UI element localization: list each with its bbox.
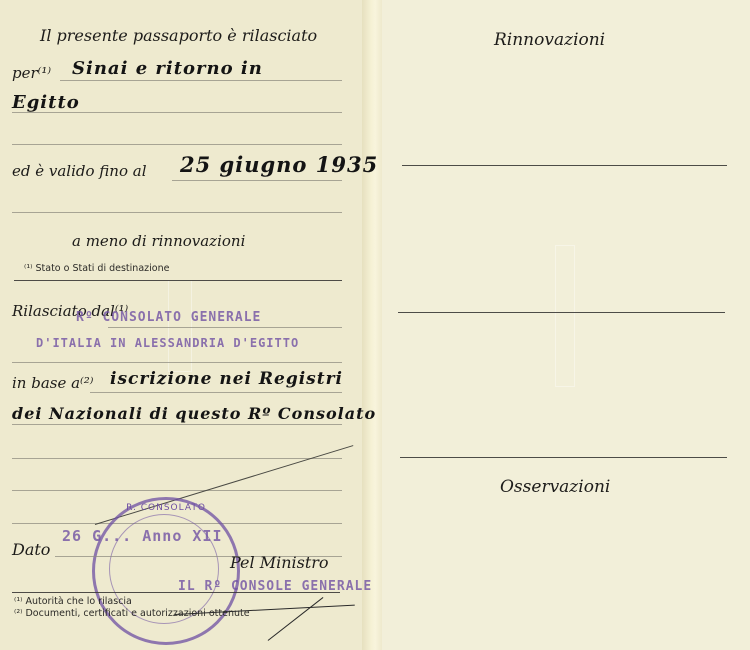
emboss-fasces-left — [168, 280, 192, 372]
observations-heading: Osservazioni — [500, 477, 610, 497]
renewal-note: a meno di rinnovazioni — [72, 232, 245, 250]
rule-renewal-2 — [398, 312, 725, 313]
basis-value-line2: dei Nazionali di questo Rº Consolato — [12, 404, 376, 423]
rule-basis-2 — [12, 424, 342, 425]
passport-heading: Il presente passaporto è rilasciato — [40, 26, 317, 45]
basis-value-line1: iscrizione nei Registri — [110, 369, 343, 389]
emboss-fasces-right — [555, 245, 575, 387]
rule-per-2 — [12, 112, 342, 113]
rule-basis-1 — [90, 392, 342, 393]
per-value-line1: Sinai e ritorno in — [72, 58, 263, 79]
rule-blank-2 — [12, 490, 342, 491]
date-stamp: 26 G... Anno XII — [62, 527, 223, 545]
issued-by-stamp-line2: D'ITALIA IN ALESSANDRIA D'EGITTO — [36, 336, 299, 350]
rule-blank-1 — [12, 458, 342, 459]
per-value-line2: Egitto — [12, 92, 80, 113]
rule-renewal-1 — [402, 165, 727, 166]
rule-issued-2 — [12, 362, 342, 363]
consulate-seal: R. CONSOLATO — [92, 497, 240, 645]
rule-destination — [14, 280, 342, 281]
valid-label: ed è valido fino al — [12, 162, 147, 180]
date-label: Dato — [12, 540, 50, 559]
seal-text: R. CONSOLATO — [95, 503, 237, 513]
page-fold — [362, 0, 384, 650]
per-label: per⁽¹⁾ — [12, 64, 51, 82]
rule-footer — [12, 592, 340, 593]
rule-issued-1 — [108, 327, 342, 328]
valid-until-value: 25 giugno 1935 — [180, 152, 378, 177]
rule-valid — [172, 180, 342, 181]
basis-label: in base a⁽²⁾ — [12, 374, 93, 392]
footnote-authority: ⁽¹⁾ Autorità che lo rilascia — [14, 596, 132, 607]
footnote-destination: ⁽¹⁾ Stato o Stati di destinazione — [24, 263, 169, 274]
rule-valid-2 — [12, 212, 342, 213]
footnote-documents: ⁽²⁾ Documenti, certificati e autorizzazi… — [14, 608, 250, 619]
rule-renewal-3 — [400, 457, 727, 458]
issued-by-stamp-line1: Rº CONSOLATO GENERALE — [76, 310, 261, 325]
rule-per-1 — [60, 80, 342, 81]
rule-per-3 — [12, 144, 342, 145]
renewals-heading: Rinnovazioni — [494, 30, 605, 50]
minister-label: Pel Ministro — [230, 553, 329, 572]
